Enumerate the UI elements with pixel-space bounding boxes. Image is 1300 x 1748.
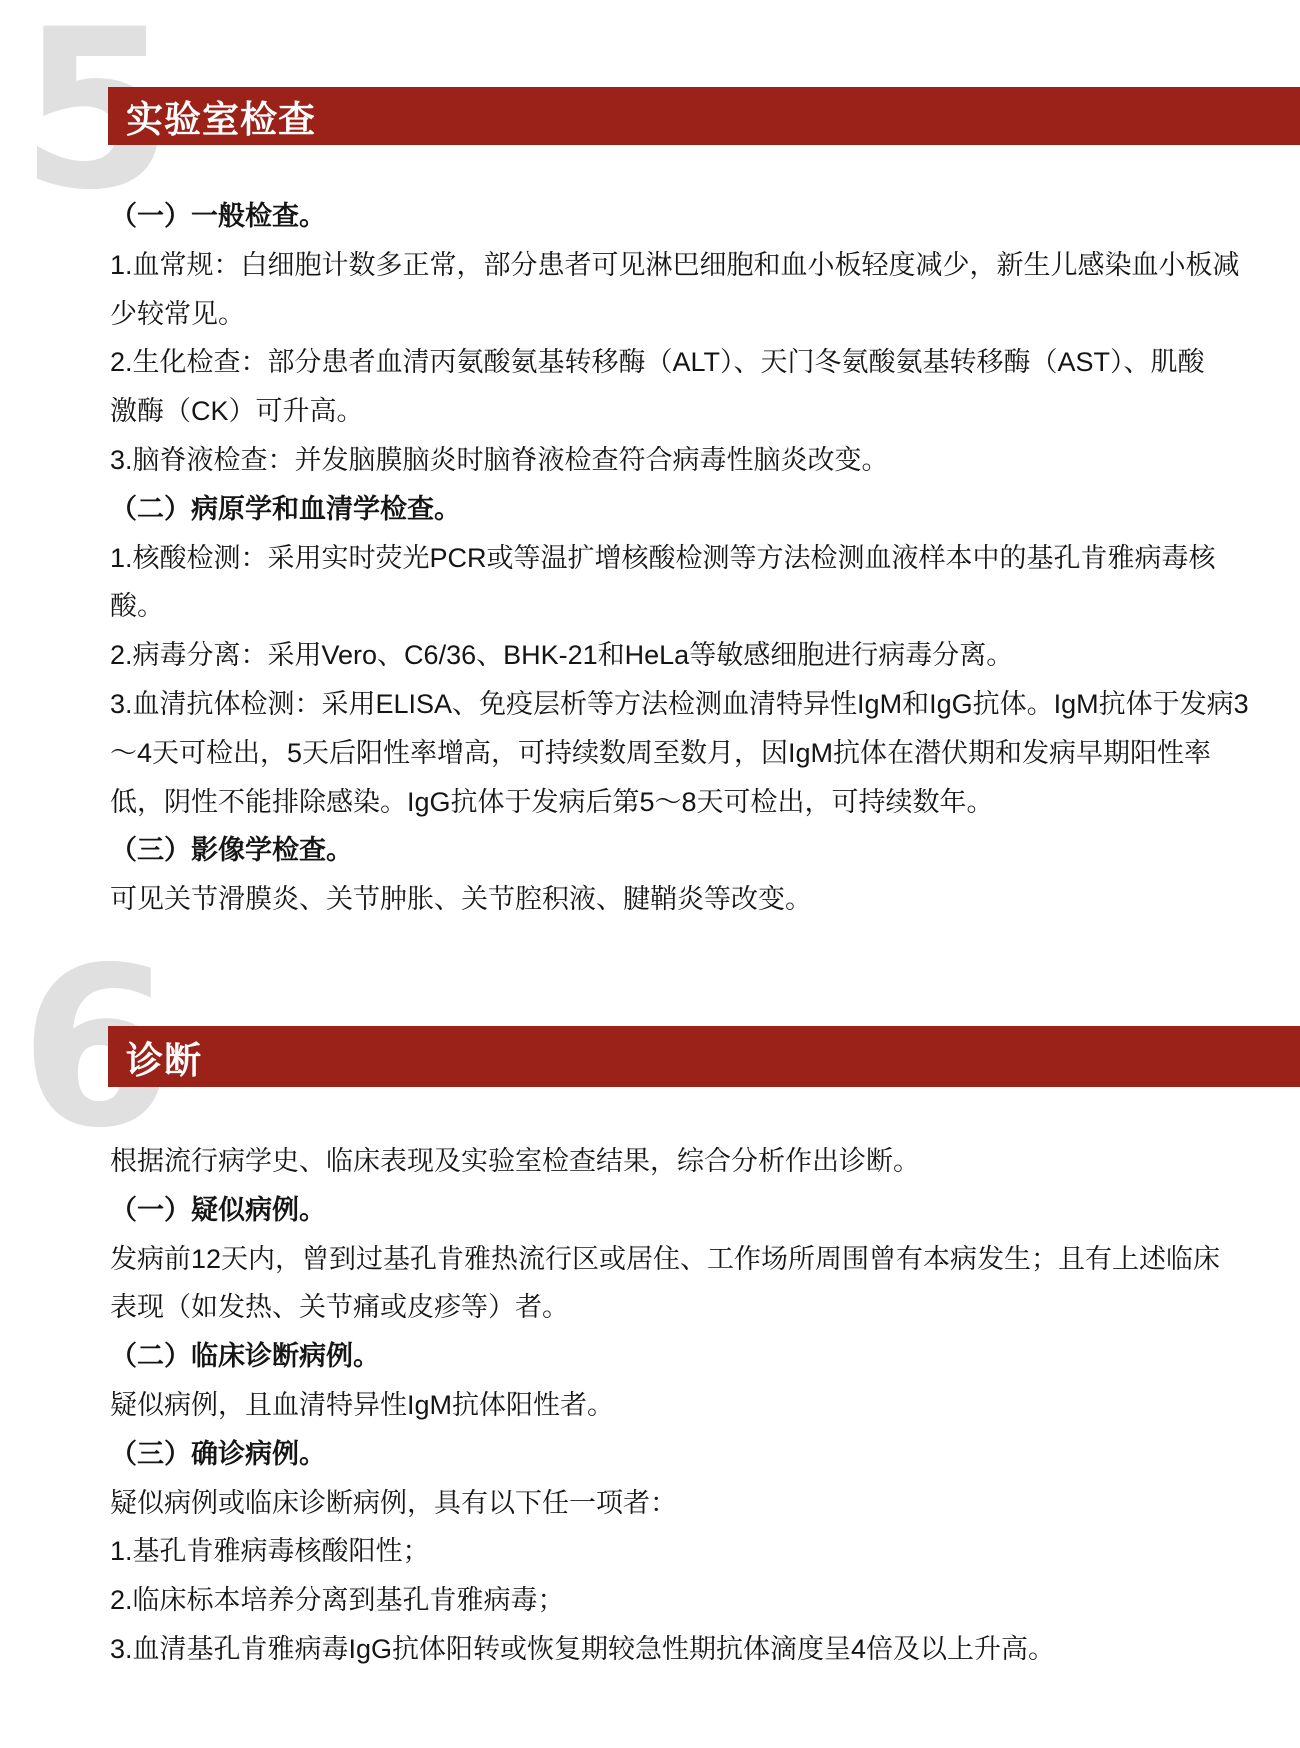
text-line: 2.临床标本培养分离到基孔肯雅病毒； bbox=[110, 1576, 1280, 1625]
section-header-bar-6: 诊断 bbox=[108, 1026, 1300, 1087]
subsection-heading: （一）疑似病例。 bbox=[110, 1186, 1280, 1235]
text-line: 3.血清基孔肯雅病毒IgG抗体阳转或恢复期较急性期抗体滴度呈4倍及以上升高。 bbox=[110, 1625, 1280, 1674]
section-body-5: （一）一般检查。1.血常规：白细胞计数多正常，部分患者可见淋巴细胞和血小板轻度减… bbox=[110, 192, 1280, 924]
text-line: 低，阴性不能排除感染。IgG抗体于发病后第5～8天可检出，可持续数年。 bbox=[110, 778, 1280, 827]
text-line: 1.核酸检测：采用实时荧光PCR或等温扩增核酸检测等方法检测血液样本中的基孔肯雅… bbox=[110, 534, 1280, 583]
text-line: 发病前12天内，曾到过基孔肯雅热流行区或居住、工作场所周围曾有本病发生；且有上述… bbox=[110, 1235, 1280, 1284]
section-body-6: 根据流行病学史、临床表现及实验室检查结果，综合分析作出诊断。（一）疑似病例。发病… bbox=[110, 1137, 1280, 1674]
text-line: 3.血清抗体检测：采用ELISA、免疫层析等方法检测血清特异性IgM和IgG抗体… bbox=[110, 680, 1280, 729]
text-line: 可见关节滑膜炎、关节肿胀、关节腔积液、腱鞘炎等改变。 bbox=[110, 875, 1280, 924]
text-line: 表现（如发热、关节痛或皮疹等）者。 bbox=[110, 1283, 1280, 1332]
text-line: 1.基孔肯雅病毒核酸阳性； bbox=[110, 1527, 1280, 1576]
text-line: 激酶（CK）可升高。 bbox=[110, 387, 1280, 436]
text-line: 3.脑脊液检查：并发脑膜脑炎时脑脊液检查符合病毒性脑炎改变。 bbox=[110, 436, 1280, 485]
subsection-heading: （一）一般检查。 bbox=[110, 192, 1280, 241]
section-title-6: 诊断 bbox=[108, 1030, 202, 1084]
text-line: 2.生化检查：部分患者血清丙氨酸氨基转移酶（ALT）、天门冬氨酸氨基转移酶（AS… bbox=[110, 338, 1280, 387]
section-title-5: 实验室检查 bbox=[108, 89, 316, 143]
text-line: 少较常见。 bbox=[110, 290, 1280, 339]
text-line: 2.病毒分离：采用Vero、C6/36、BHK-21和HeLa等敏感细胞进行病毒… bbox=[110, 631, 1280, 680]
subsection-heading: （二）病原学和血清学检查。 bbox=[110, 485, 1280, 534]
document-page: 5 实验室检查 （一）一般检查。1.血常规：白细胞计数多正常，部分患者可见淋巴细… bbox=[0, 0, 1300, 1748]
subsection-heading: （三）确诊病例。 bbox=[110, 1430, 1280, 1479]
subsection-heading: （二）临床诊断病例。 bbox=[110, 1332, 1280, 1381]
text-line: ～4天可检出，5天后阳性率增高，可持续数周至数月，因IgM抗体在潜伏期和发病早期… bbox=[110, 729, 1280, 778]
text-line: 疑似病例或临床诊断病例，具有以下任一项者： bbox=[110, 1479, 1280, 1528]
text-line: 1.血常规：白细胞计数多正常，部分患者可见淋巴细胞和血小板轻度减少，新生儿感染血… bbox=[110, 241, 1280, 290]
text-line: 根据流行病学史、临床表现及实验室检查结果，综合分析作出诊断。 bbox=[110, 1137, 1280, 1186]
text-line: 疑似病例，且血清特异性IgM抗体阳性者。 bbox=[110, 1381, 1280, 1430]
subsection-heading: （三）影像学检查。 bbox=[110, 826, 1280, 875]
text-line: 酸。 bbox=[110, 582, 1280, 631]
section-header-bar-5: 实验室检查 bbox=[108, 87, 1300, 145]
